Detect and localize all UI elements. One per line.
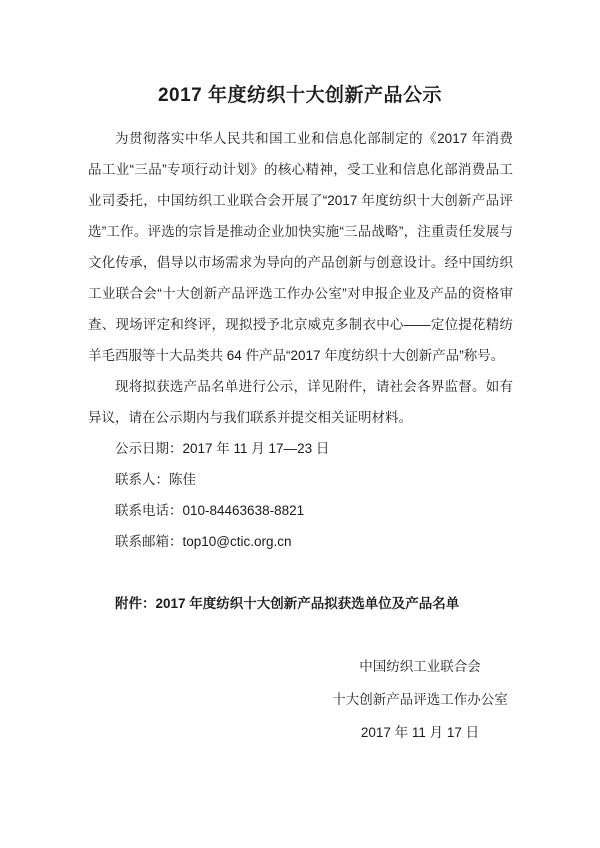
signature-block: 中国纺织工业联合会 十大创新产品评选工作办公室 2017 年 11 月 17 日 [327, 650, 513, 749]
signature-office: 十大创新产品评选工作办公室 [327, 683, 513, 716]
document-page: 2017 年度纺织十大创新产品公示 为贯彻落实中华人民共和国工业和信息化部制定的… [0, 0, 600, 848]
contact-phone-line: 联系电话：010-84463638-8821 [88, 495, 513, 526]
publicity-date-line: 公示日期：2017 年 11 月 17—23 日 [88, 433, 513, 464]
document-body: 为贯彻落实中华人民共和国工业和信息化部制定的《2017 年消费品工业“三品”专项… [88, 123, 513, 749]
signature-organization: 中国纺织工业联合会 [327, 650, 513, 683]
contact-email-line: 联系邮箱：top10@ctic.org.cn [88, 526, 513, 557]
signature-date: 2017 年 11 月 17 日 [327, 716, 513, 749]
attachment-line: 附件：2017 年度纺织十大创新产品拟获选单位及产品名单 [88, 588, 513, 619]
paragraph-publicity-notice: 现将拟获选产品名单进行公示，详见附件，请社会各界监督。如有异议，请在公示期内与我… [88, 371, 513, 433]
paragraph-intro: 为贯彻落实中华人民共和国工业和信息化部制定的《2017 年消费品工业“三品”专项… [88, 123, 513, 371]
document-title: 2017 年度纺织十大创新产品公示 [0, 0, 600, 108]
contact-person-line: 联系人：陈佳 [88, 464, 513, 495]
